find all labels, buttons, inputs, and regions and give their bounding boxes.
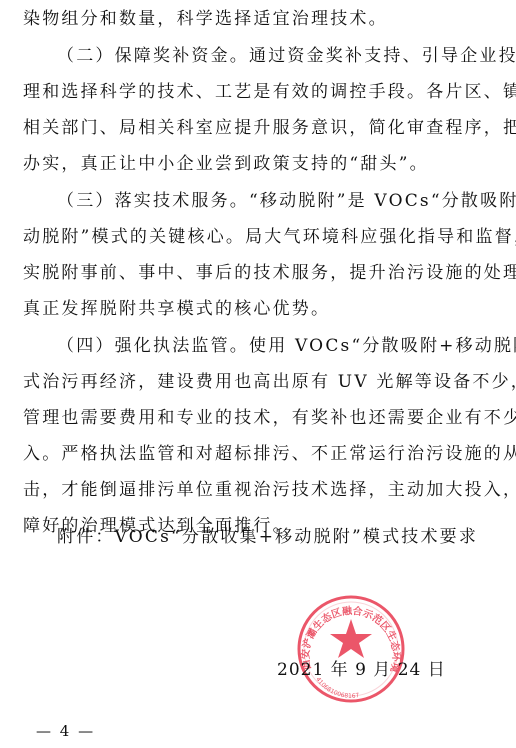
- paragraph-line: 相关部门、局相关科室应提升服务意识，简化审查程序，把好事: [23, 118, 493, 138]
- paragraph-line: 击，才能倒逼排污单位重视治污技术选择，主动加大投入，以保: [23, 480, 493, 500]
- paragraph-line: 染物组分和数量，科学选择适宜治理技术。: [23, 9, 493, 29]
- paragraph-line: （三）落实技术服务。“移动脱附”是 VOCs“分散吸附+移: [57, 191, 493, 211]
- paragraph-line: 办实，真正让中小企业尝到政策支持的“甜头”。: [23, 154, 493, 174]
- attachment-note: 附件：VOCs“分散收集+移动脱附”模式技术要求: [57, 522, 478, 547]
- paragraph-line: 实脱附事前、事中、事后的技术服务，提升治污设施的处理率，: [23, 263, 493, 283]
- paragraph-line: 理和选择科学的技术、工艺是有效的调控手段。各片区、镇街道: [23, 82, 493, 102]
- document-page: 染物组分和数量，科学选择适宜治理技术。（二）保障奖补资金。通过资金奖补支持、引导…: [0, 0, 516, 748]
- paragraph-line: （四）强化执法监管。使用 VOCs“分散吸附+移动脱附”模: [57, 336, 493, 356]
- paragraph-line: （二）保障奖补资金。通过资金奖补支持、引导企业投入治: [57, 46, 493, 66]
- paragraph-line: 真正发挥脱附共享模式的核心优势。: [23, 299, 493, 319]
- signing-date: 2021 年 9 月 24 日: [277, 655, 446, 680]
- official-seal-stamp: 西安浐灞生态区融合示范区生态环境局 4106810068167: [284, 591, 418, 703]
- star-icon: [330, 619, 372, 658]
- paragraph-line: 入。严格执法监管和对超标排污、不正常运行治污设施的从严打: [23, 444, 493, 464]
- page-number: — 4 —: [36, 722, 95, 740]
- paragraph-line: 动脱附”模式的关键核心。局大气环境科应强化指导和监督，落: [23, 227, 493, 247]
- paragraph-line: 式治污再经济，建设费用也高出原有 UV 光解等设备不少，运行: [23, 372, 493, 392]
- paragraph-line: 管理也需要费用和专业的技术，有奖补也还需要企业有不少投: [23, 408, 493, 428]
